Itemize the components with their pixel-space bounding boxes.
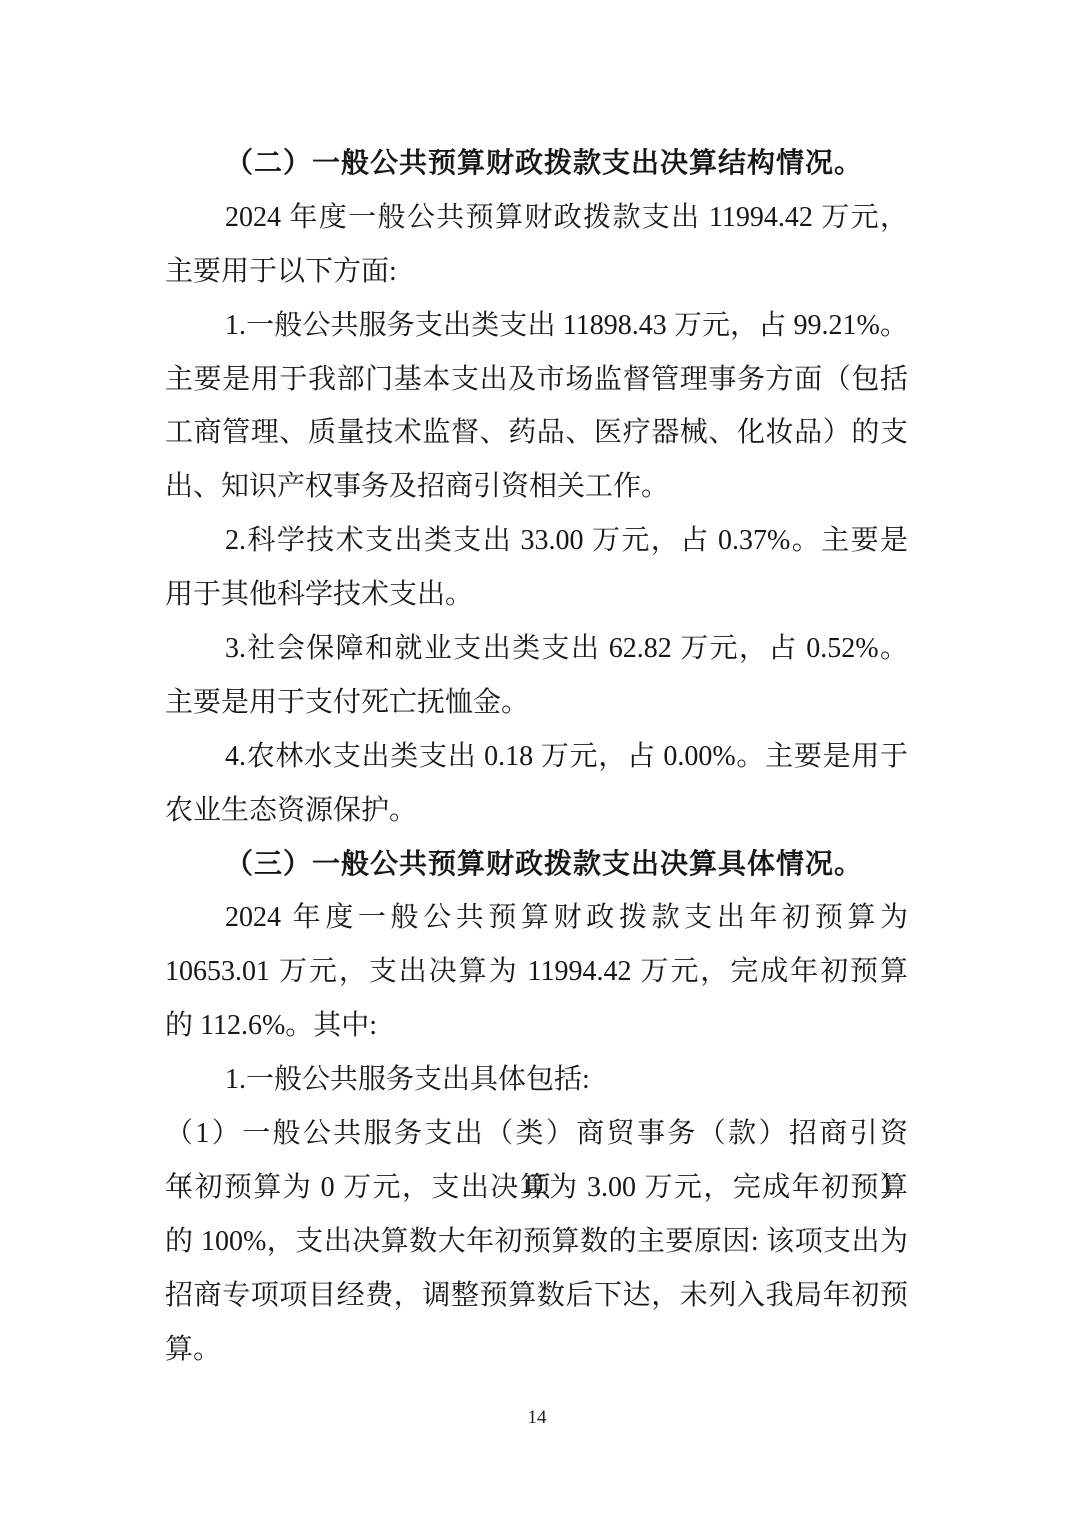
text-line: 2024 年度一般公共预算财政拨款支出 11994.42 万元， [165,191,908,245]
text-line: 主要是用于支付死亡抚恤金。 [165,676,908,730]
text-line: 2.科学技术支出类支出 33.00 万元，占 0.37%。主要是 [165,514,908,568]
text-line: 1.一般公共服务支出具体包括: [165,1053,908,1107]
document-page: （二）一般公共预算财政拨款支出决算结构情况。 2024 年度一般公共预算财政拨款… [0,0,1074,1520]
section-heading-2: （二）一般公共预算财政拨款支出决算结构情况。 [165,137,908,191]
text-line: 2024 年度一般公共预算财政拨款支出年初预算为 [165,891,908,945]
text-line: 农业生态资源保护。 [165,784,908,838]
section-heading-3: （三）一般公共预算财政拨款支出决算具体情况。 [165,838,908,892]
page-number: 14 [0,1406,1074,1430]
text-line: 工商管理、质量技术监督、药品、医疗器械、化妆品）的支 [165,406,908,460]
text-line: 的 100%，支出决算数大年初预算数的主要原因: 该项支出为 [165,1215,908,1269]
text-line: 算。 [165,1323,908,1377]
text-line: 用于其他科学技术支出。 [165,568,908,622]
text-line: 4.农林水支出类支出 0.18 万元，占 0.00%。主要是用于 [165,730,908,784]
text-line: 招商专项项目经费，调整预算数后下达，未列入我局年初预 [165,1269,908,1323]
text-line: 主要是用于我部门基本支出及市场监督管理事务方面（包括 [165,353,908,407]
text-line: 年初预算为 0 万元，支出决算为 3.00 万元，完成年初预算 [165,1161,908,1215]
text-line: 出、知识产权事务及招商引资相关工作。 [165,460,908,514]
text-line: 1.一般公共服务支出类支出 11898.43 万元，占 99.21%。 [165,299,908,353]
text-line: （1）一般公共服务支出（类）商贸事务（款）招商引资（项） [165,1107,908,1161]
text-line: 主要用于以下方面: [165,245,908,299]
text-line: 的 112.6%。其中: [165,999,908,1053]
text-line: 10653.01 万元，支出决算为 11994.42 万元，完成年初预算 [165,945,908,999]
text-line: 3.社会保障和就业支出类支出 62.82 万元，占 0.52%。 [165,622,908,676]
document-body: （二）一般公共预算财政拨款支出决算结构情况。 2024 年度一般公共预算财政拨款… [165,137,908,1376]
